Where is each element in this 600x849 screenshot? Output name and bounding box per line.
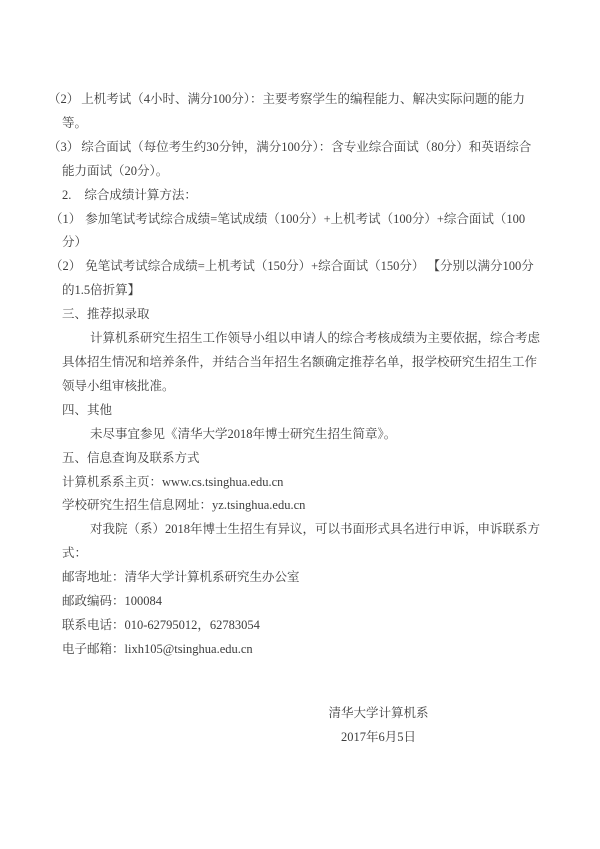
contact-value: 清华大学计算机系研究生办公室 [125, 570, 300, 584]
contact-label: 联系电话： [62, 618, 125, 632]
list-marker: 2. [62, 188, 71, 202]
signature-block: 清华大学计算机系 2017年6月5日 [62, 702, 540, 750]
contact-value-url: yz.tsinghua.edu.cn [212, 498, 305, 512]
contact-line-phone: 联系电话：010-62795012，62783054 [62, 614, 540, 638]
sub-item-written-score-formula: （1）参加笔试考试综合成绩=笔试成绩（100分）+上机考试（100分）+综合面试… [62, 208, 540, 256]
document-page: （2）上机考试（4小时、满分100分）：主要考察学生的编程能力、解决实际问题的能… [0, 0, 600, 849]
contact-line-admissions-site: 学校研究生招生信息网址：yz.tsinghua.edu.cn [62, 494, 540, 518]
section-heading-recommendation: 三、推荐拟录取 [62, 303, 540, 327]
list-item-text: 综合成绩计算方法： [84, 188, 197, 202]
contact-value: 010-62795012，62783054 [125, 618, 260, 632]
list-marker: （2） [48, 92, 79, 106]
formula-text: 参加笔试考试综合成绩=笔试成绩（100分）+上机考试（100分）+综合面试（10… [62, 212, 525, 250]
section-heading-other: 四、其他 [62, 399, 540, 423]
contact-label: 电子邮箱： [62, 642, 125, 656]
contact-label: 邮寄地址： [62, 570, 125, 584]
list-item-machine-test: （2）上机考试（4小时、满分100分）：主要考察学生的编程能力、解决实际问题的能… [62, 88, 540, 136]
paragraph-other: 未尽事宜参见《清华大学2018年博士研究生招生简章》。 [62, 423, 540, 447]
contact-line-address: 邮寄地址：清华大学计算机系研究生办公室 [62, 566, 540, 590]
contact-value-url: www.cs.tsinghua.edu.cn [162, 475, 283, 489]
contact-line-homepage: 计算机系系主页：www.cs.tsinghua.edu.cn [62, 471, 540, 495]
formula-text: 免笔试考试综合成绩=上机考试（150分）+综合面试（150分） 【分别以满分10… [62, 259, 534, 297]
list-marker: （3） [48, 140, 79, 154]
contact-line-email: 电子邮箱：lixh105@tsinghua.edu.cn [62, 638, 540, 662]
sub-item-exempt-score-formula: （2）免笔试考试综合成绩=上机考试（150分）+综合面试（150分） 【分别以满… [62, 255, 540, 303]
section-heading-contact: 五、信息查询及联系方式 [62, 447, 540, 471]
list-item-text: 综合面试（每位考生约30分钟，满分100分）：含专业综合面试（80分）和英语综合… [62, 140, 531, 178]
paragraph-appeal: 对我院（系）2018年博士生招生有异议，可以书面形式具名进行申诉，申诉联系方式： [62, 518, 540, 566]
list-item-score-method: 2.综合成绩计算方法： [62, 184, 540, 208]
list-marker: （1） [50, 212, 81, 226]
list-marker: （2） [50, 259, 81, 273]
contact-label: 计算机系系主页： [62, 475, 162, 489]
document-content: （2）上机考试（4小时、满分100分）：主要考察学生的编程能力、解决实际问题的能… [62, 88, 540, 750]
contact-line-postcode: 邮政编码：100084 [62, 590, 540, 614]
signature-date: 2017年6月5日 [217, 726, 540, 750]
contact-value: lixh105@tsinghua.edu.cn [125, 642, 253, 656]
signature-organization: 清华大学计算机系 [217, 702, 540, 726]
contact-label: 学校研究生招生信息网址： [62, 498, 212, 512]
list-item-text: 上机考试（4小时、满分100分）：主要考察学生的编程能力、解决实际问题的能力等。 [62, 92, 525, 130]
contact-label: 邮政编码： [62, 594, 125, 608]
list-item-interview: （3）综合面试（每位考生约30分钟，满分100分）：含专业综合面试（80分）和英… [62, 136, 540, 184]
paragraph-recommendation: 计算机系研究生招生工作领导小组以申请人的综合考核成绩为主要依据，综合考虑具体招生… [62, 327, 540, 399]
contact-value: 100084 [125, 594, 163, 608]
